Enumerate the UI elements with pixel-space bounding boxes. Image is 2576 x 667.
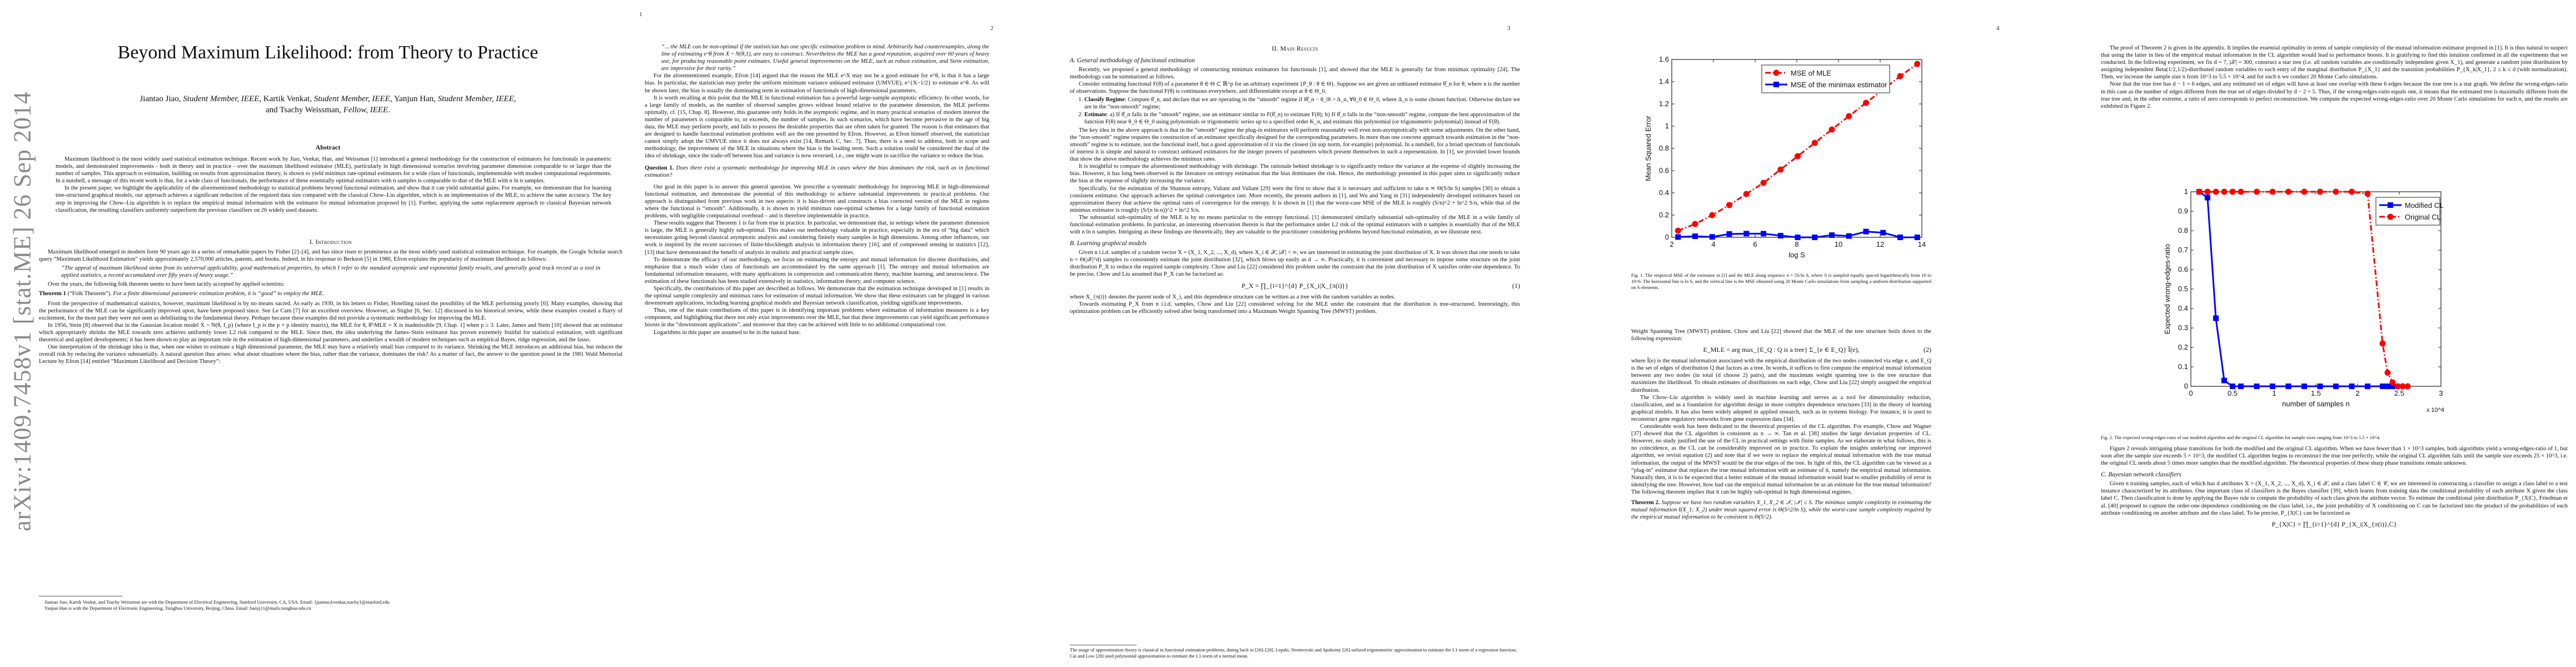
- paragraph: Consider estimating functional F(θ) of a…: [1070, 81, 1520, 95]
- data-point: [2230, 189, 2236, 195]
- data-point: [2405, 384, 2411, 390]
- paragraph: Our goal in this paper is to answer this…: [645, 183, 989, 220]
- data-point: [1880, 230, 1886, 236]
- data-point: [2238, 384, 2244, 389]
- paragraph: It is insightful to compare the aforemen…: [1070, 163, 1520, 185]
- abstract-heading: Abstract: [22, 143, 634, 152]
- quote: “The appeal of maximum likelihood stems …: [39, 265, 622, 279]
- data-point: [1915, 235, 1920, 240]
- page-4-right-body: The proof of Theorem 2 is given in the a…: [2101, 44, 2568, 110]
- y-axis-label: Mean Squared Error: [1645, 115, 1652, 181]
- paragraph: Towards estimating P_X from n i.i.d. sam…: [1070, 301, 1520, 315]
- y-tick-label: 0.7: [2178, 246, 2188, 254]
- data-point: [2286, 384, 2291, 389]
- data-point: [1727, 231, 1732, 237]
- abstract-paragraph: In the present paper, we highlight the a…: [56, 185, 611, 213]
- theorem-label: Theorem 2.: [1631, 500, 1660, 506]
- methodology-steps: Classify Regime: Compute θ̂_n, and decla…: [1070, 96, 1520, 125]
- y-tick-label: 0.4: [1659, 188, 1669, 197]
- section-heading: II. Main Results: [1070, 44, 1520, 53]
- y-tick-label: 0.1: [2178, 362, 2188, 371]
- data-point: [2333, 189, 2339, 195]
- x-axis-label: log S: [1788, 251, 1805, 259]
- paragraph: Given n training samples, each of which …: [2101, 480, 2568, 516]
- legend-entry: MSE of the minimax estimator: [1791, 81, 1887, 89]
- paragraph: Weight Spanning Tree (MWST) problem. Cho…: [1631, 328, 1931, 342]
- figure-1-caption: Fig. 1. The empirical MSE of the estimat…: [1631, 272, 1931, 291]
- data-point: [2333, 384, 2339, 389]
- step-item: Estimate: a) If θ̂_n falls in the “smoot…: [1084, 111, 1520, 126]
- footnotes: Jiantao Jiao, Kartik Venkat, and Tsachy …: [39, 599, 622, 611]
- paragraph: The substantial sub-optimality of the ML…: [1070, 214, 1520, 236]
- y-tick-label: 1.6: [1659, 55, 1669, 63]
- page-3-body: II. Main Results A. General methodology …: [1070, 40, 1520, 315]
- data-point: [1777, 167, 1783, 173]
- y-tick-label: 1: [1665, 122, 1669, 130]
- theorem-text: For a finite dimensional parametric esti…: [113, 291, 325, 297]
- question-1: Question 1. Does there exist a systemati…: [645, 165, 989, 179]
- equation-body: P_X = ∏_{i=1}^{d} P_{X_i|X_{π(i)}}: [1242, 282, 1348, 290]
- y-tick-label: 1.2: [1659, 99, 1669, 108]
- data-point: [1710, 234, 1715, 240]
- y-tick-label: 0: [2184, 382, 2188, 390]
- y-tick-label: 1: [2184, 187, 2188, 196]
- equation-number: (2): [1924, 346, 1931, 354]
- paragraph: Maximum likelihood emerged in modern for…: [39, 248, 622, 263]
- data-point: [1726, 202, 1732, 208]
- paragraph: The key idea in the above approach is th…: [1070, 127, 1520, 163]
- data-point: [1914, 61, 1920, 67]
- x-tick-label: 0: [2189, 389, 2193, 397]
- step-label: Estimate: [1084, 112, 1107, 118]
- equation-body: P_{X|C} = ∏_{i=1}^{d} P_{X_i|X_{π(i)},C}: [2272, 520, 2397, 528]
- data-point: [1743, 231, 1749, 236]
- paragraph: Specifically, the contributions of this …: [645, 285, 989, 307]
- y-tick-label: 0.2: [1659, 211, 1669, 219]
- x-tick-label: 0.5: [2228, 389, 2238, 397]
- data-point: [2221, 189, 2228, 195]
- data-point: [2230, 384, 2235, 389]
- paragraph: Specifically, for the estimation of the …: [1070, 185, 1520, 214]
- paragraph: where Î(e) is the mutual information ass…: [1631, 357, 1931, 394]
- data-point: [1709, 212, 1715, 218]
- legend-entry: MSE of MLE: [1791, 69, 1831, 77]
- x-tick-label: 2: [2355, 389, 2359, 397]
- subsection-heading: C. Bayesian network classifiers: [2101, 471, 2568, 478]
- data-point: [2270, 189, 2276, 195]
- mse-line-chart: 246810121400.20.40.60.811.21.41.6log SMe…: [1645, 53, 1934, 264]
- data-point: [1675, 228, 1681, 234]
- y-tick-label: 0.5: [2178, 285, 2188, 293]
- paragraph: For the aforementioned example, Efron [1…: [645, 72, 989, 94]
- footnote: Jiantao Jiao, Kartik Venkat, and Tsachy …: [39, 599, 622, 605]
- theorem-text: Suppose we have two random variables X_1…: [1631, 500, 1931, 520]
- figure-2-chart: 00.511.522.5300.10.20.30.40.50.60.70.80.…: [2162, 186, 2462, 420]
- data-point: [2301, 189, 2308, 195]
- data-point: [2213, 316, 2219, 321]
- data-point: [1692, 221, 1698, 227]
- x-tick-label: 1: [2272, 389, 2276, 397]
- author-role: Student Member, IEEE: [183, 94, 259, 103]
- question-text: Does there exist a systematic methodolog…: [645, 165, 989, 178]
- equation-number: (1): [1512, 282, 1520, 290]
- page-4-left-body: Weight Spanning Tree (MWST) problem. Cho…: [1631, 328, 1931, 521]
- page-number: 3: [1507, 25, 1511, 32]
- section-heading: I. Introduction: [39, 238, 622, 246]
- subsection-heading: B. Learning graphical models: [1070, 240, 1520, 247]
- subsection-heading: A. General methodology of functional est…: [1070, 57, 1520, 64]
- x-axis-label: number of samples n: [2282, 400, 2349, 408]
- author-name: Kartik Venkat: [263, 94, 310, 103]
- data-point: [1812, 235, 1817, 240]
- paper-title-text: Beyond Maximum Likelihood: from Theory t…: [118, 42, 539, 63]
- data-point: [2205, 195, 2210, 201]
- question-label: Question 1.: [645, 165, 674, 171]
- paper-title: Beyond Maximum Likelihood: from Theory t…: [39, 42, 617, 64]
- data-point: [1846, 113, 1852, 120]
- y-tick-label: 0.9: [2178, 207, 2188, 215]
- data-point: [2390, 380, 2396, 386]
- data-point: [1761, 231, 1766, 236]
- data-point: [1761, 180, 1767, 186]
- y-tick-label: 0.8: [1659, 144, 1669, 152]
- x-tick-label: 10: [1835, 240, 1842, 248]
- data-point: [2205, 189, 2211, 195]
- legend-entry: Original CL: [2405, 213, 2441, 221]
- paragraph: From the perspective of mathematical sta…: [39, 300, 622, 322]
- x-tick-label: 12: [1876, 240, 1884, 248]
- data-point: [2254, 189, 2260, 195]
- step-text: : Compute θ̂_n, and declare that we are …: [1084, 97, 1520, 110]
- paragraph: The proof of Theorem 2 is given in the a…: [2101, 44, 2568, 81]
- paragraph: The Chow–Liu algorithm is widely used in…: [1631, 394, 1931, 423]
- theorem-2: Theorem 2. Suppose we have two random va…: [1631, 499, 1931, 521]
- quote: “... the MLE can be non-optimal if the s…: [645, 43, 989, 72]
- data-point: [2349, 384, 2355, 389]
- paragraph: Note that the true tree has d − 1 = 6 ed…: [2101, 81, 2568, 109]
- figure-1-chart: 246810121400.20.40.60.811.21.41.6log SMe…: [1645, 53, 1934, 264]
- arxiv-stamp: arXiv:1409.7458v1 [stat.ME] 26 Sep 2014: [6, 145, 39, 478]
- paragraph: To demonstrate the efficacy of our metho…: [645, 256, 989, 285]
- abstract-paragraph: Maximum likelihood is the most widely us…: [56, 156, 611, 185]
- page-number: 2: [990, 25, 994, 32]
- paragraph: Over the years, the following folk theor…: [39, 281, 622, 288]
- x-tick-label: 3: [2439, 389, 2443, 397]
- wrong-edges-line-chart: 00.511.522.5300.10.20.30.40.50.60.70.80.…: [2162, 186, 2462, 420]
- data-point: [2385, 384, 2390, 389]
- data-point: [2238, 189, 2244, 195]
- y-tick-label: 0.6: [1659, 166, 1669, 175]
- x-tick-label: 6: [1753, 240, 1757, 248]
- data-point: [1897, 235, 1903, 240]
- author-name: Jiantao Jiao: [139, 94, 178, 103]
- paragraph: In 1956, Stein [8] observed that in the …: [39, 322, 622, 344]
- data-point: [1829, 127, 1835, 133]
- footnote: Yanjun Han is with the Department of Ele…: [39, 605, 622, 611]
- paragraph: Given n i.i.d. samples of a random vecto…: [1070, 249, 1520, 278]
- data-point: [1778, 233, 1783, 238]
- arxiv-stamp-text: arXiv:1409.7458v1 [stat.ME] 26 Sep 2014: [8, 91, 37, 531]
- introduction: I. Introduction Maximum likelihood emerg…: [39, 233, 622, 365]
- paragraph: Recently, we proposed a general methodol…: [1070, 66, 1520, 81]
- x-tick-label: 8: [1795, 240, 1798, 248]
- equation-2: E_MLE = arg max_{E_Q : Q is a tree} Σ_{e…: [1631, 346, 1931, 354]
- data-point: [1692, 233, 1698, 239]
- y-axis-label: Expected wrong-edges-ratio: [2163, 244, 2171, 335]
- paragraph: These results suggest that Theorem 1 is …: [645, 220, 989, 256]
- author-role: Fellow, IEEE: [343, 106, 388, 115]
- data-point: [2349, 189, 2355, 195]
- page-number: 4: [1996, 25, 2000, 32]
- paragraph: Logarithms in this paper are assumed to …: [645, 329, 989, 336]
- figure-2-caption: Fig. 2. The expected wrong-edges-ratio o…: [2101, 435, 2568, 441]
- paragraph: One interpretation of the shrinkage idea…: [39, 344, 622, 365]
- data-point: [2318, 384, 2323, 389]
- paragraph: Figure 2 reveals intriguing phase transi…: [2101, 445, 2568, 467]
- equation-1: P_X = ∏_{i=1}^{d} P_{X_i|X_{π(i)}} (1): [1070, 282, 1520, 290]
- author-name: Yanjun Han: [394, 94, 434, 103]
- equation-body: E_MLE = arg max_{E_Q : Q is a tree} Σ_{e…: [1703, 346, 1859, 354]
- data-point: [1846, 233, 1852, 239]
- data-point: [1829, 232, 1835, 238]
- data-point: [1795, 153, 1801, 160]
- x-tick-label: 2: [1670, 240, 1673, 248]
- data-point: [1795, 235, 1801, 240]
- theorem-name: (“Folk Theorem”).: [68, 291, 112, 297]
- equation-3: P_{X|C} = ∏_{i=1}^{d} P_{X_i|X_{π(i)},C}: [2101, 520, 2568, 529]
- data-point: [2365, 384, 2370, 389]
- page-2-body: “... the MLE can be non-optimal if the s…: [645, 43, 989, 336]
- step-label: Classify Regime: [1084, 97, 1125, 103]
- data-point: [1863, 100, 1869, 106]
- footnote: The usage of approximation theory is cla…: [1070, 647, 1520, 659]
- y-tick-label: 0.3: [2178, 323, 2188, 332]
- paragraph: It is worth recalling at this point that…: [645, 94, 989, 160]
- data-point: [2221, 378, 2227, 384]
- y-tick-label: 0.6: [2178, 265, 2188, 273]
- data-point: [2196, 189, 2203, 195]
- data-point: [2317, 189, 2323, 195]
- x-tick-label: 2.5: [2394, 389, 2404, 397]
- paragraph: Considerable work has been dedicated to …: [1631, 423, 1931, 496]
- footnote-rule: [39, 596, 122, 596]
- abstract: Maximum likelihood is the most widely us…: [56, 156, 611, 214]
- theorem-1: Theorem 1 (“Folk Theorem”). For a finite…: [39, 290, 622, 297]
- theorem-label: Theorem 1: [39, 291, 66, 297]
- y-tick-label: 1.4: [1659, 77, 1669, 86]
- y-tick-label: 0.2: [2178, 343, 2188, 351]
- data-point: [2213, 189, 2219, 195]
- paragraph: where X_{π(i)} denotes the parent node o…: [1070, 293, 1520, 301]
- author-role: Student Member, IEEE: [314, 94, 390, 103]
- author-name: and Tsachy Weissman: [266, 106, 339, 115]
- data-point: [2254, 384, 2260, 389]
- data-point: [1812, 140, 1818, 146]
- data-point: [2365, 191, 2371, 197]
- page-number: 1: [639, 11, 642, 18]
- footnote-rule: [1070, 645, 1137, 645]
- data-point: [2380, 341, 2386, 347]
- data-point: [1743, 191, 1750, 197]
- data-point: [2285, 189, 2291, 195]
- page-4-right-body-lower: Fig. 2. The expected wrong-edges-ratio o…: [2101, 435, 2568, 532]
- author-list: Jiantao Jiao, Student Member, IEEE, Kart…: [22, 93, 634, 116]
- data-point: [2301, 384, 2307, 389]
- author-role: Student Member, IEEE: [438, 94, 514, 103]
- y-tick-label: 0.4: [2178, 304, 2188, 312]
- data-point: [2385, 370, 2391, 376]
- legend-entry: Modified CL: [2405, 201, 2443, 210]
- data-point: [2270, 384, 2275, 389]
- y-tick-label: 0.8: [2178, 226, 2188, 235]
- x-tick-label: 14: [1918, 240, 1926, 248]
- x-tick-label: 4: [1711, 240, 1715, 248]
- step-text: : a) If θ̂_n falls in the “smooth” regim…: [1084, 112, 1520, 125]
- step-item: Classify Regime: Compute θ̂_n, and decla…: [1084, 96, 1520, 111]
- y-tick-label: 0: [1665, 233, 1669, 241]
- x-tick-label: 1.5: [2311, 389, 2321, 397]
- data-point: [1897, 73, 1904, 79]
- paragraph: Thus, one of the main contributions of t…: [645, 307, 989, 328]
- x-multiplier: x 10^4: [2426, 407, 2444, 414]
- data-point: [1675, 234, 1681, 240]
- data-point: [1864, 229, 1869, 235]
